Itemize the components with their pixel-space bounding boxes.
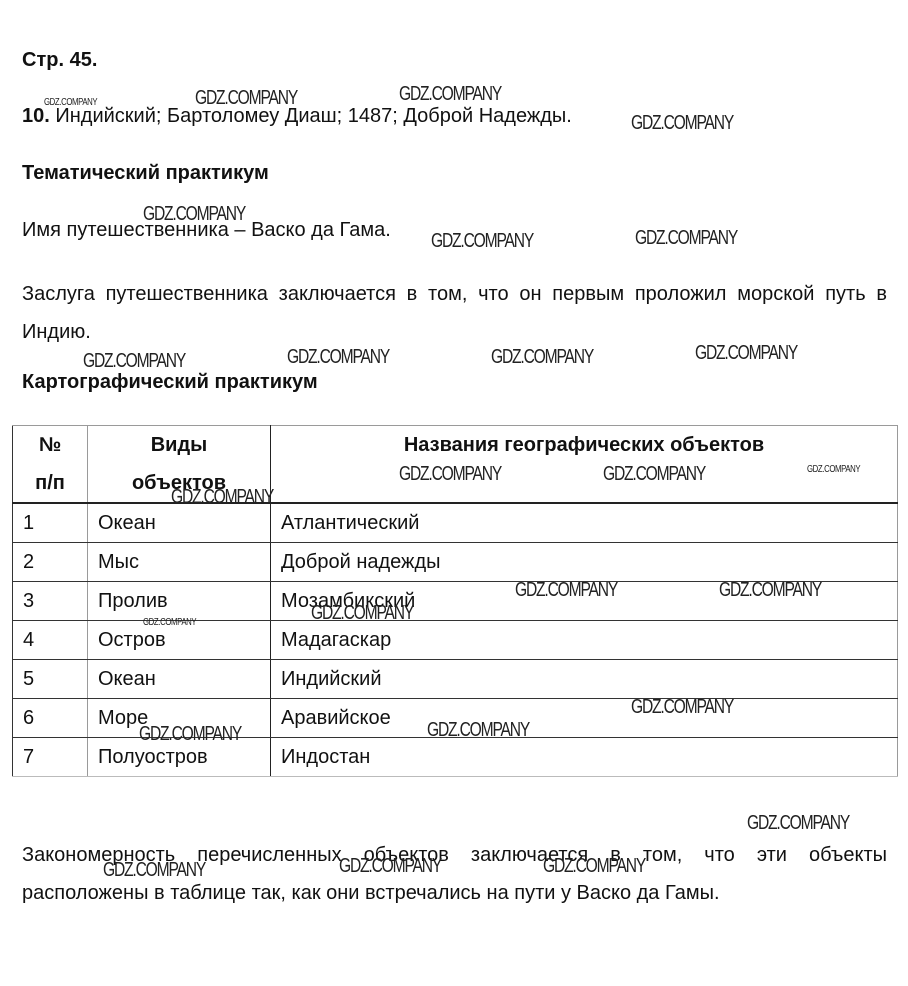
row-number: 7 [13, 738, 88, 777]
row-number: 3 [13, 582, 88, 621]
row-name: Индостан [271, 738, 898, 777]
row-number: 5 [13, 660, 88, 699]
cartographic-title: Картографический практикум [22, 370, 318, 394]
task-answer-text: Индийский; Бартоломеу Диаш; 1487; Доброй… [55, 105, 571, 127]
watermark: GDZ.COMPANY [543, 856, 645, 876]
row-type: Мыс [88, 543, 271, 582]
watermark: GDZ.COMPANY [287, 347, 389, 367]
watermark: GDZ.COMPANY [311, 603, 413, 623]
watermark: GDZ.COMPANY [515, 580, 617, 600]
watermark: GDZ.COMPANY [603, 464, 705, 484]
watermark: GDZ.COMPANY [491, 347, 593, 367]
row-name: Мадагаскар [271, 621, 898, 660]
row-number: 6 [13, 699, 88, 738]
watermark: GDZ.COMPANY [747, 813, 849, 833]
table-row: 2 Мыс Доброй надежды [13, 543, 898, 582]
watermark: GDZ.COMPANY [44, 93, 97, 113]
row-number: 1 [13, 503, 88, 543]
thematic-title: Тематический практикум [22, 161, 269, 185]
watermark: GDZ.COMPANY [631, 113, 733, 133]
watermark: GDZ.COMPANY [719, 580, 821, 600]
row-name: Доброй надежды [271, 543, 898, 582]
watermark: GDZ.COMPANY [399, 464, 501, 484]
row-name: Аравийское [271, 699, 898, 738]
row-number: 4 [13, 621, 88, 660]
watermark: GDZ.COMPANY [631, 697, 733, 717]
watermark: GDZ.COMPANY [143, 613, 196, 633]
watermark: GDZ.COMPANY [103, 860, 205, 880]
table-row: 1 Океан Атлантический [13, 503, 898, 543]
watermark: GDZ.COMPANY [807, 460, 860, 480]
watermark: GDZ.COMPANY [143, 204, 245, 224]
watermark: GDZ.COMPANY [83, 351, 185, 371]
row-name: Индийский [271, 660, 898, 699]
page-heading: Стр. 45. [22, 48, 97, 72]
header-object-name: Названия географических объектов [271, 426, 898, 504]
watermark: GDZ.COMPANY [139, 724, 241, 744]
row-name: Атлантический [271, 503, 898, 543]
watermark: GDZ.COMPANY [635, 228, 737, 248]
watermark: GDZ.COMPANY [427, 720, 529, 740]
header-number: № п/п [13, 426, 88, 504]
row-type: Океан [88, 503, 271, 543]
traveler-merit: Заслуга путешественника заключается в то… [22, 275, 887, 351]
row-type: Океан [88, 660, 271, 699]
watermark: GDZ.COMPANY [695, 343, 797, 363]
watermark: GDZ.COMPANY [171, 487, 273, 507]
watermark: GDZ.COMPANY [195, 88, 297, 108]
table-row: 5 Океан Индийский [13, 660, 898, 699]
watermark: GDZ.COMPANY [399, 84, 501, 104]
watermark: GDZ.COMPANY [431, 231, 533, 251]
watermark: GDZ.COMPANY [339, 856, 441, 876]
row-number: 2 [13, 543, 88, 582]
